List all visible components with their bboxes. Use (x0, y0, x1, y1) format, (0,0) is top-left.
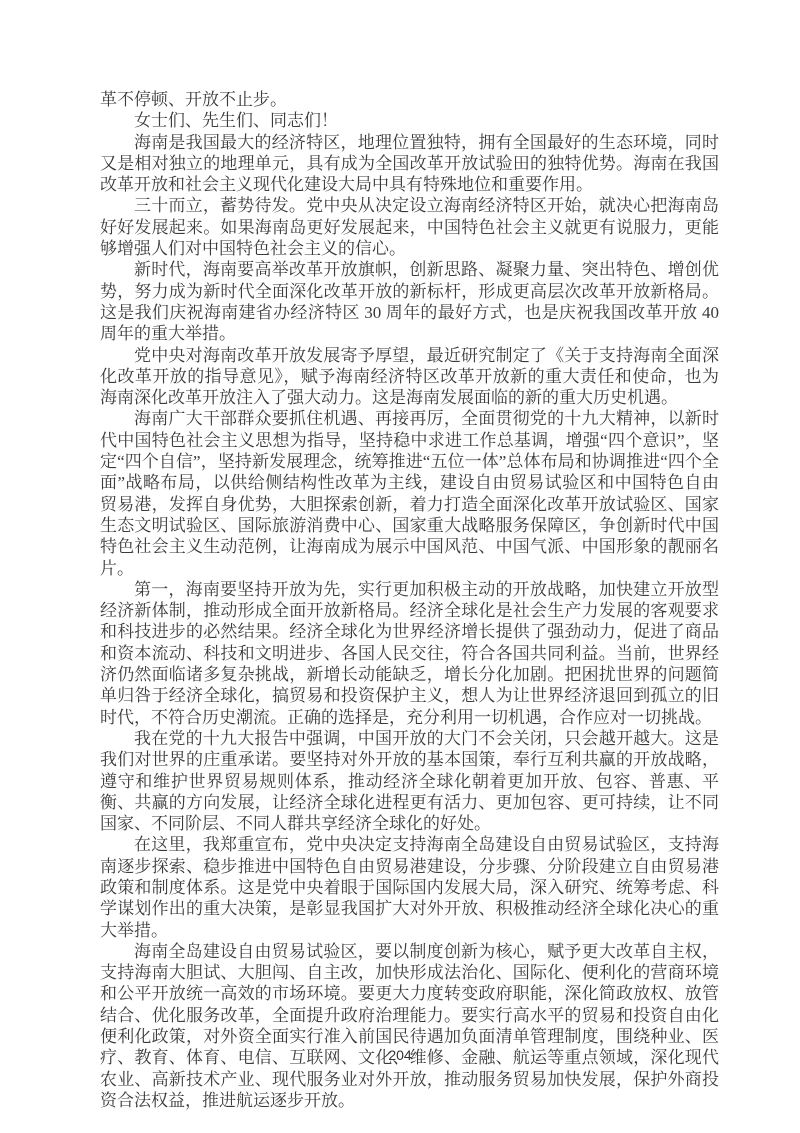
paragraph: 党中央对海南改革开放发展寄予厚望，最近研究制定了《关于支持海南全面深化改革开放的… (100, 345, 719, 409)
paragraph: 海南广大干部群众要抓住机遇、再接再厉，全面贯彻党的十九大精神，以新时代中国特色社… (100, 408, 719, 578)
paragraph: 在这里，我郑重宣布，党中央决定支持海南全岛建设自由贸易试验区，支持海南逐步探索、… (100, 834, 719, 940)
paragraph: 海南全岛建设自由贸易试验区，要以制度创新为核心，赋予更大改革自主权，支持海南大胆… (100, 941, 719, 1111)
paragraph-continuation: 革不停顿、开放不止步。 (100, 89, 719, 110)
page-number: 204 (0, 1047, 800, 1063)
document-page: 革不停顿、开放不止步。 女士们、先生们、同志们！ 海南是我国最大的经济特区，地理… (0, 0, 800, 1133)
paragraph: 新时代，海南要高举改革开放旗帜，创新思路、凝聚力量、突出特色、增创优势，努力成为… (100, 259, 719, 344)
paragraph: 第一，海南要坚持开放为先，实行更加积极主动的开放战略，加快建立开放型经济新体制，… (100, 579, 719, 728)
paragraph: 三十而立，蓄势待发。党中央从决定设立海南经济特区开始，就决心把海南岛好好发展起来… (100, 195, 719, 259)
paragraph: 女士们、先生们、同志们！ (100, 110, 719, 131)
paragraph: 海南是我国最大的经济特区，地理位置独特，拥有全国最好的生态环境，同时又是相对独立… (100, 132, 719, 196)
page-text-block: 革不停顿、开放不止步。 女士们、先生们、同志们！ 海南是我国最大的经济特区，地理… (100, 89, 719, 1111)
paragraph: 我在党的十九大报告中强调，中国开放的大门不会关闭，只会越开越大。这是我们对世界的… (100, 728, 719, 834)
